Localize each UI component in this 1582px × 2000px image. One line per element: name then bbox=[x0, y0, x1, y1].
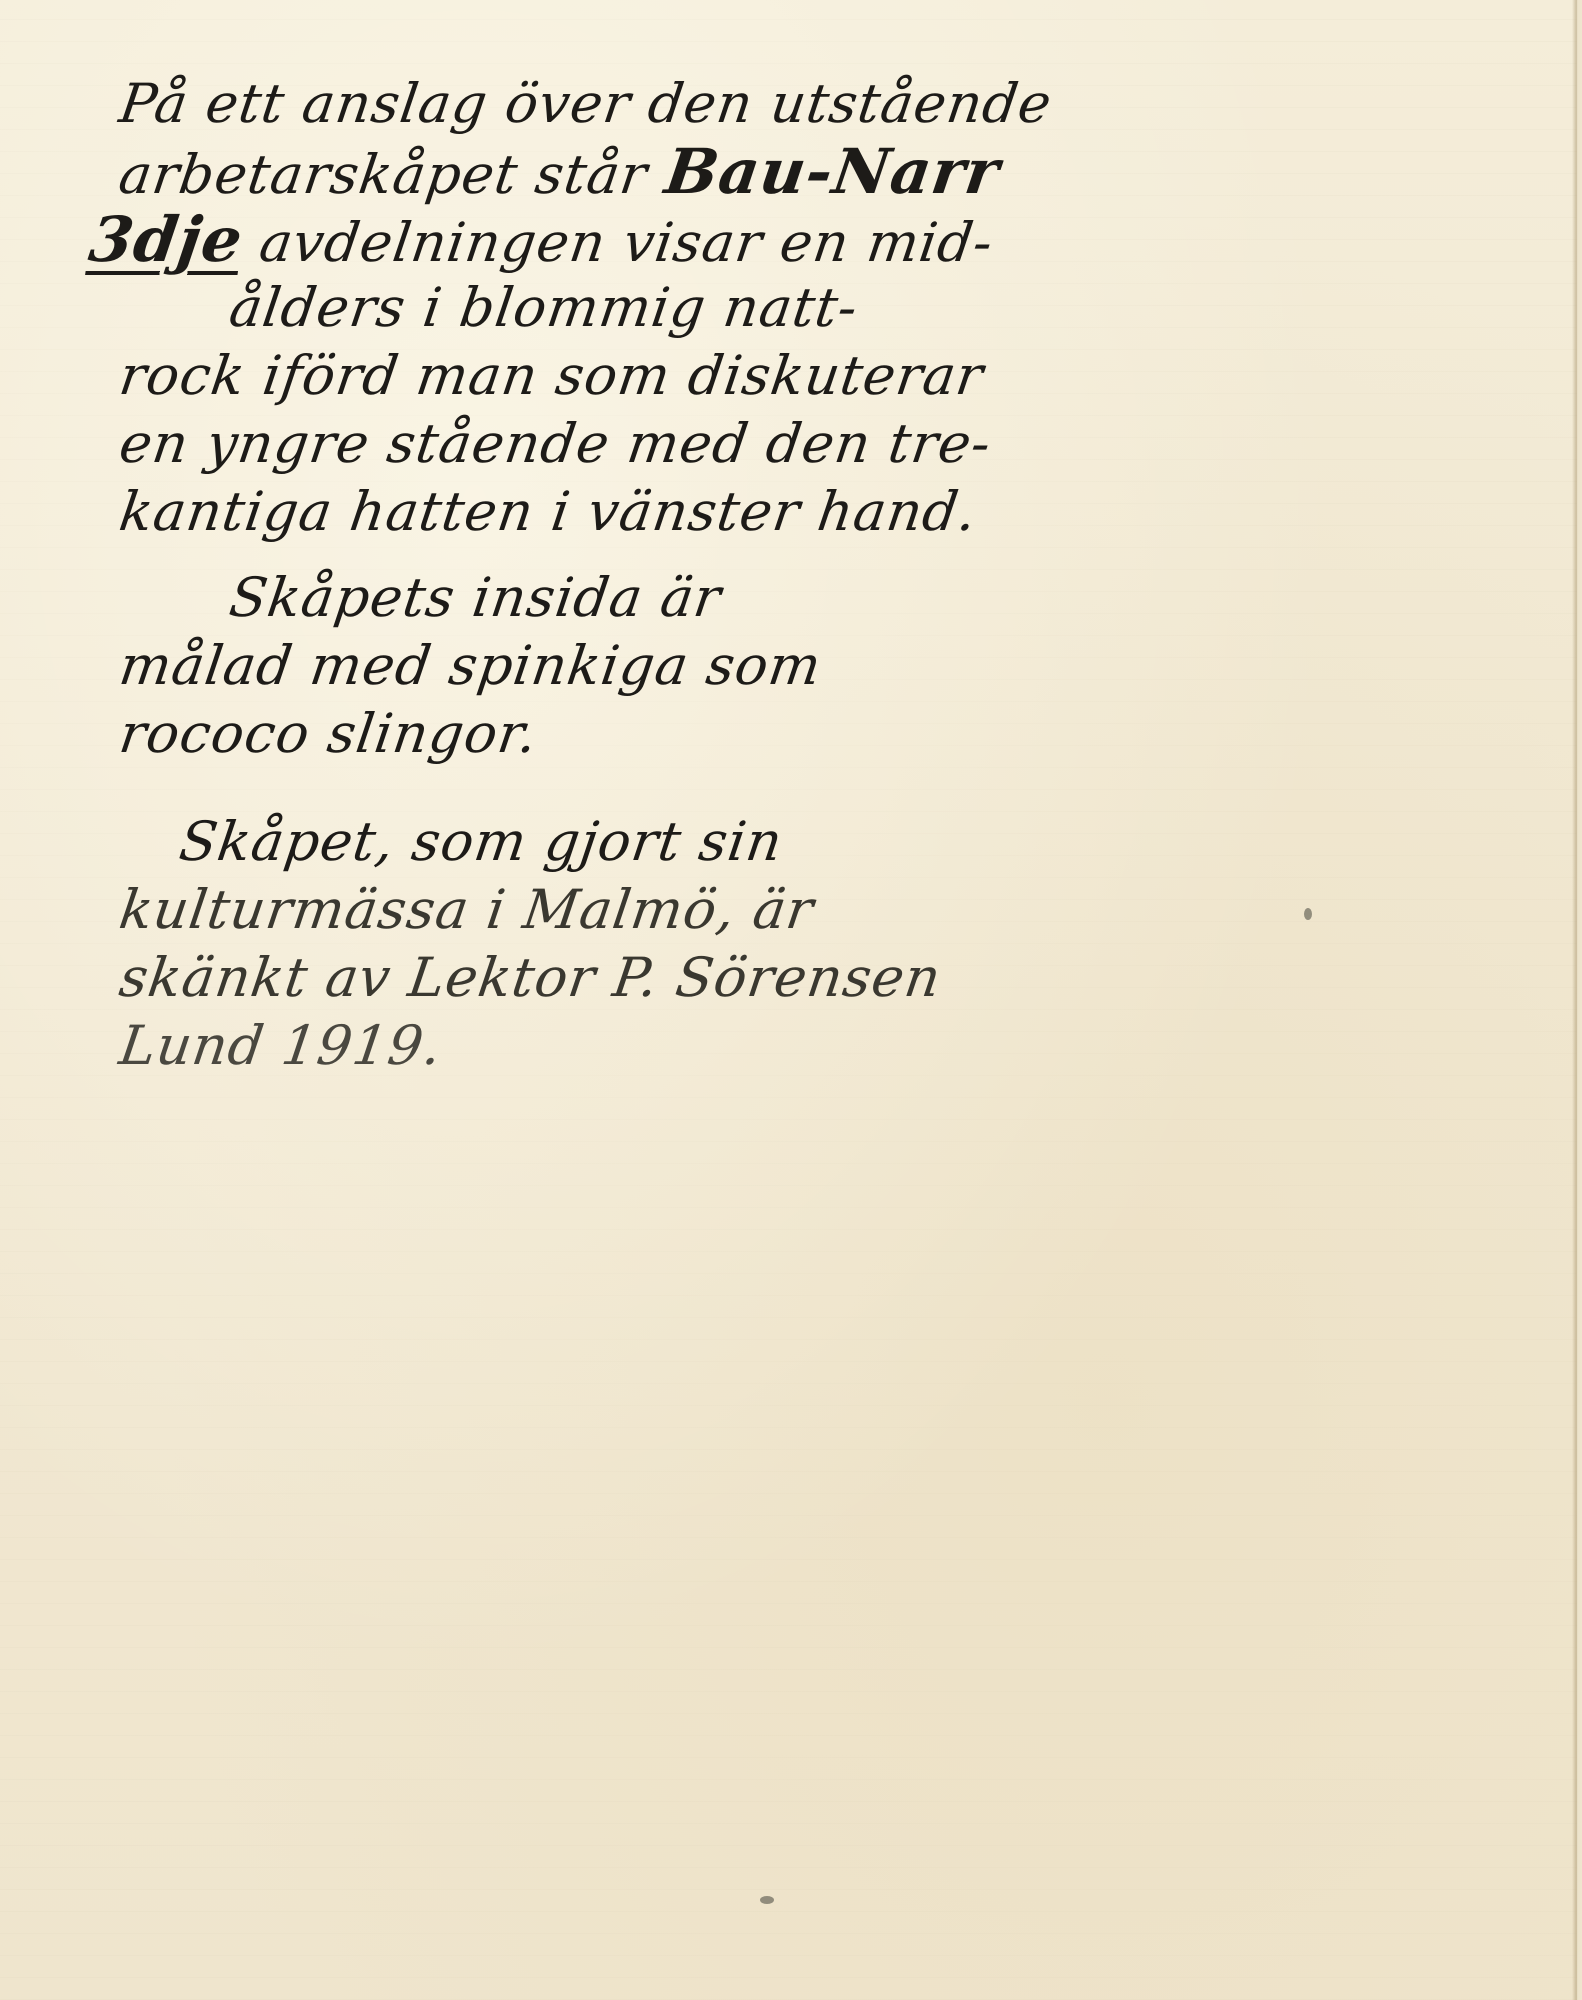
text-line-part: arbetarskåpet står bbox=[115, 143, 652, 206]
text-line: skänkt av Lektor P. Sörensen bbox=[115, 944, 1565, 1012]
text-line: rococo slingor. bbox=[115, 700, 1565, 768]
text-line: målad med spinkiga som bbox=[115, 632, 1565, 700]
paragraph-1: På ett anslag över den utstående arbetar… bbox=[120, 70, 1560, 546]
text-line: kulturmässa i Malmö, är bbox=[115, 876, 1565, 944]
handwritten-text: På ett anslag över den utstående arbetar… bbox=[120, 70, 1560, 1098]
text-line: en yngre stående med den tre- bbox=[115, 410, 1565, 478]
date-line: Lund 1919. bbox=[115, 1012, 1565, 1080]
bold-label: Bau-Narr bbox=[661, 135, 1005, 208]
text-line: ålders i blommig natt- bbox=[115, 274, 1565, 342]
text-line: kantiga hatten i vänster hand. bbox=[115, 478, 1565, 546]
paragraph-2: Skåpets insida är målad med spinkiga som… bbox=[120, 564, 1560, 768]
text-line: arbetarskåpet står Bau-Narr bbox=[115, 138, 1565, 206]
paragraph-3: Skåpet, som gjort sin kulturmässa i Malm… bbox=[120, 808, 1560, 1080]
page-edge bbox=[1572, 0, 1582, 2000]
underlined-label: 3dje bbox=[85, 203, 248, 276]
text-line: rock iförd man som diskuterar bbox=[115, 342, 1565, 410]
ink-spot bbox=[1304, 908, 1312, 920]
text-line-part: avdelningen visar en mid- bbox=[256, 211, 998, 274]
text-line: På ett anslag över den utstående bbox=[115, 70, 1565, 138]
text-line: 3dje avdelningen visar en mid- bbox=[85, 206, 1565, 274]
text-line: Skåpets insida är bbox=[115, 564, 1565, 632]
ink-spot bbox=[760, 1896, 774, 1904]
text-line: Skåpet, som gjort sin bbox=[115, 808, 1565, 876]
